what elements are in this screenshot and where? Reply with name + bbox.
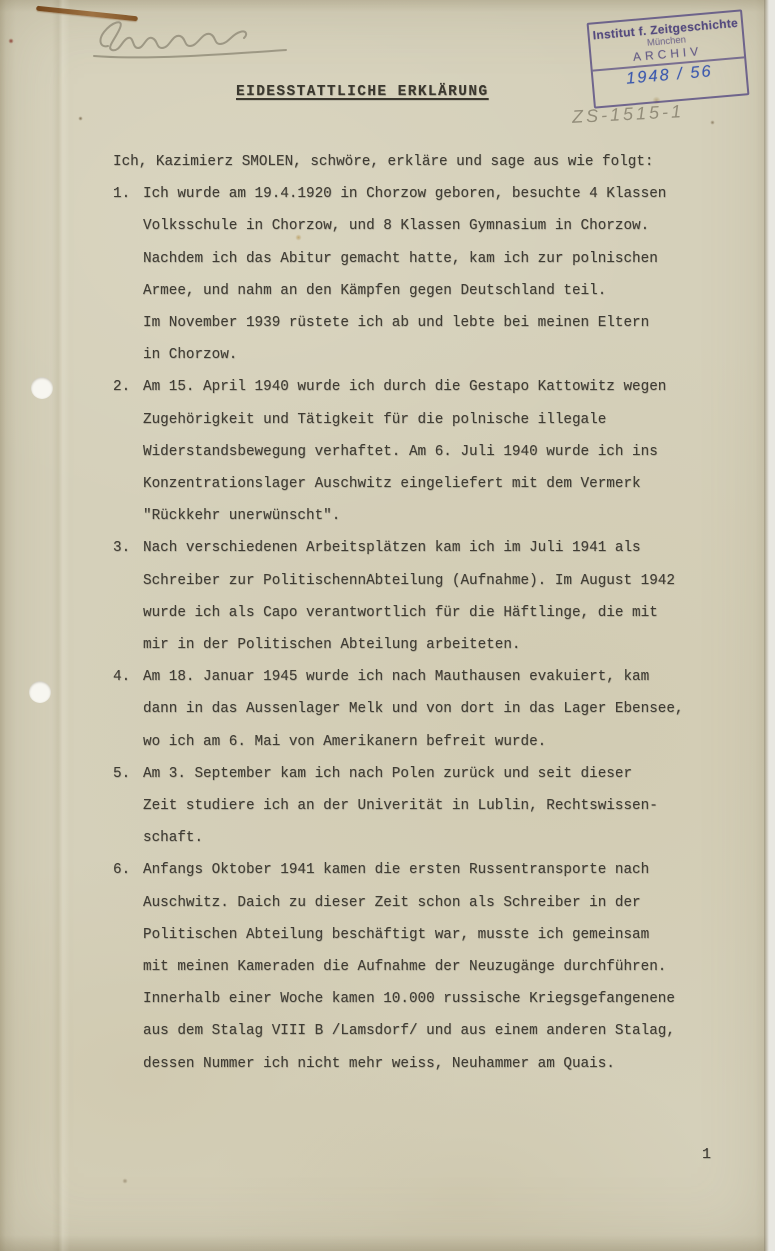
text-line: Zugehörigkeit und Tätigkeit für die poln…: [143, 404, 723, 436]
numbered-item-5: 5. Am 3. September kam ich nach Polen zu…: [113, 758, 723, 855]
text-line: Anfangs Oktober 1941 kamen die ersten Ru…: [143, 854, 723, 886]
archive-stamp: Institut f. Zeitgeschichte München ARCHI…: [587, 9, 750, 108]
text-line: Am 15. April 1940 wurde ich durch die Ge…: [143, 371, 723, 403]
handwritten-signature: [90, 12, 295, 64]
numbered-item-6: 6. Anfangs Oktober 1941 kamen die ersten…: [113, 854, 723, 1079]
text-line: aus dem Stalag VIII B /Lamsdorf/ und aus…: [143, 1015, 723, 1047]
text-line: Nachdem ich das Abitur gemacht hatte, ka…: [143, 243, 723, 275]
signature-underline: [94, 50, 286, 57]
text-line: Auschwitz. Daich zu dieser Zeit schon al…: [143, 887, 723, 919]
text-line: Ich wurde am 19.4.1920 in Chorzow gebore…: [143, 178, 723, 210]
text-line: Innerhalb einer Woche kamen 10.000 russi…: [143, 983, 723, 1015]
text-line: mit meinen Kameraden die Aufnahme der Ne…: [143, 951, 723, 983]
item-number: 2.: [113, 371, 130, 403]
text-line: dessen Nummer ich nicht mehr weiss, Neuh…: [143, 1048, 723, 1080]
numbered-item-2: 2. Am 15. April 1940 wurde ich durch die…: [113, 371, 723, 532]
text-line: Nach verschiedenen Arbeitsplätzen kam ic…: [143, 532, 723, 564]
text-line: mir in der Politischen Abteilung arbeite…: [143, 629, 723, 661]
item-number: 6.: [113, 854, 130, 886]
punch-hole-bottom: [29, 681, 51, 703]
signature-stroke: [101, 22, 247, 50]
text-line: dann in das Aussenlager Melk und von dor…: [143, 693, 723, 725]
text-line: wo ich am 6. Mai von Amerikanern befreit…: [143, 726, 723, 758]
paper-crease: [52, 0, 70, 1251]
text-line: Zeit studiere ich an der Univerität in L…: [143, 790, 723, 822]
text-line: schaft.: [143, 822, 723, 854]
item-number: 1.: [113, 178, 130, 210]
pencil-archive-code: ZS-1515-1: [572, 101, 685, 128]
numbered-item-1: 1. Ich wurde am 19.4.1920 in Chorzow geb…: [113, 178, 723, 371]
item-number: 4.: [113, 661, 130, 693]
text-line: Widerstandsbewegung verhaftet. Am 6. Jul…: [143, 436, 723, 468]
numbered-item-3: 3. Nach verschiedenen Arbeitsplätzen kam…: [113, 532, 723, 661]
scan-edge: [764, 0, 775, 1251]
document-title: EIDESSTATTLICHE ERKLÄRUNG: [236, 84, 489, 100]
text-line: Armee, und nahm an den Kämpfen gegen Deu…: [143, 275, 723, 307]
text-line: wurde ich als Capo verantwortlich für di…: [143, 597, 723, 629]
text-line: Konzentrationslager Auschwitz eingeliefe…: [143, 468, 723, 500]
punch-hole-top: [31, 377, 53, 399]
text-line: Am 3. September kam ich nach Polen zurüc…: [143, 758, 723, 790]
text-line: Im November 1939 rüstete ich ab und lebt…: [143, 307, 723, 339]
text-line: in Chorzow.: [143, 339, 723, 371]
text-line: Politischen Abteilung beschäftigt war, m…: [143, 919, 723, 951]
numbered-item-4: 4. Am 18. Januar 1945 wurde ich nach Mau…: [113, 661, 723, 758]
text-line: "Rückkehr unerwünscht".: [143, 500, 723, 532]
document-page: Institut f. Zeitgeschichte München ARCHI…: [0, 0, 775, 1251]
text-line: Am 18. Januar 1945 wurde ich nach Mautha…: [143, 661, 723, 693]
intro-line: Ich, Kazimierz SMOLEN, schwöre, erkläre …: [113, 146, 723, 178]
item-number: 5.: [113, 758, 130, 790]
document-body: Ich, Kazimierz SMOLEN, schwöre, erkläre …: [113, 146, 723, 1080]
item-number: 3.: [113, 532, 130, 564]
text-line: Schreiber zur PolitischennAbteilung (Auf…: [143, 565, 723, 597]
text-line: Volksschule in Chorzow, und 8 Klassen Gy…: [143, 210, 723, 242]
page-number: 1: [702, 1146, 711, 1163]
